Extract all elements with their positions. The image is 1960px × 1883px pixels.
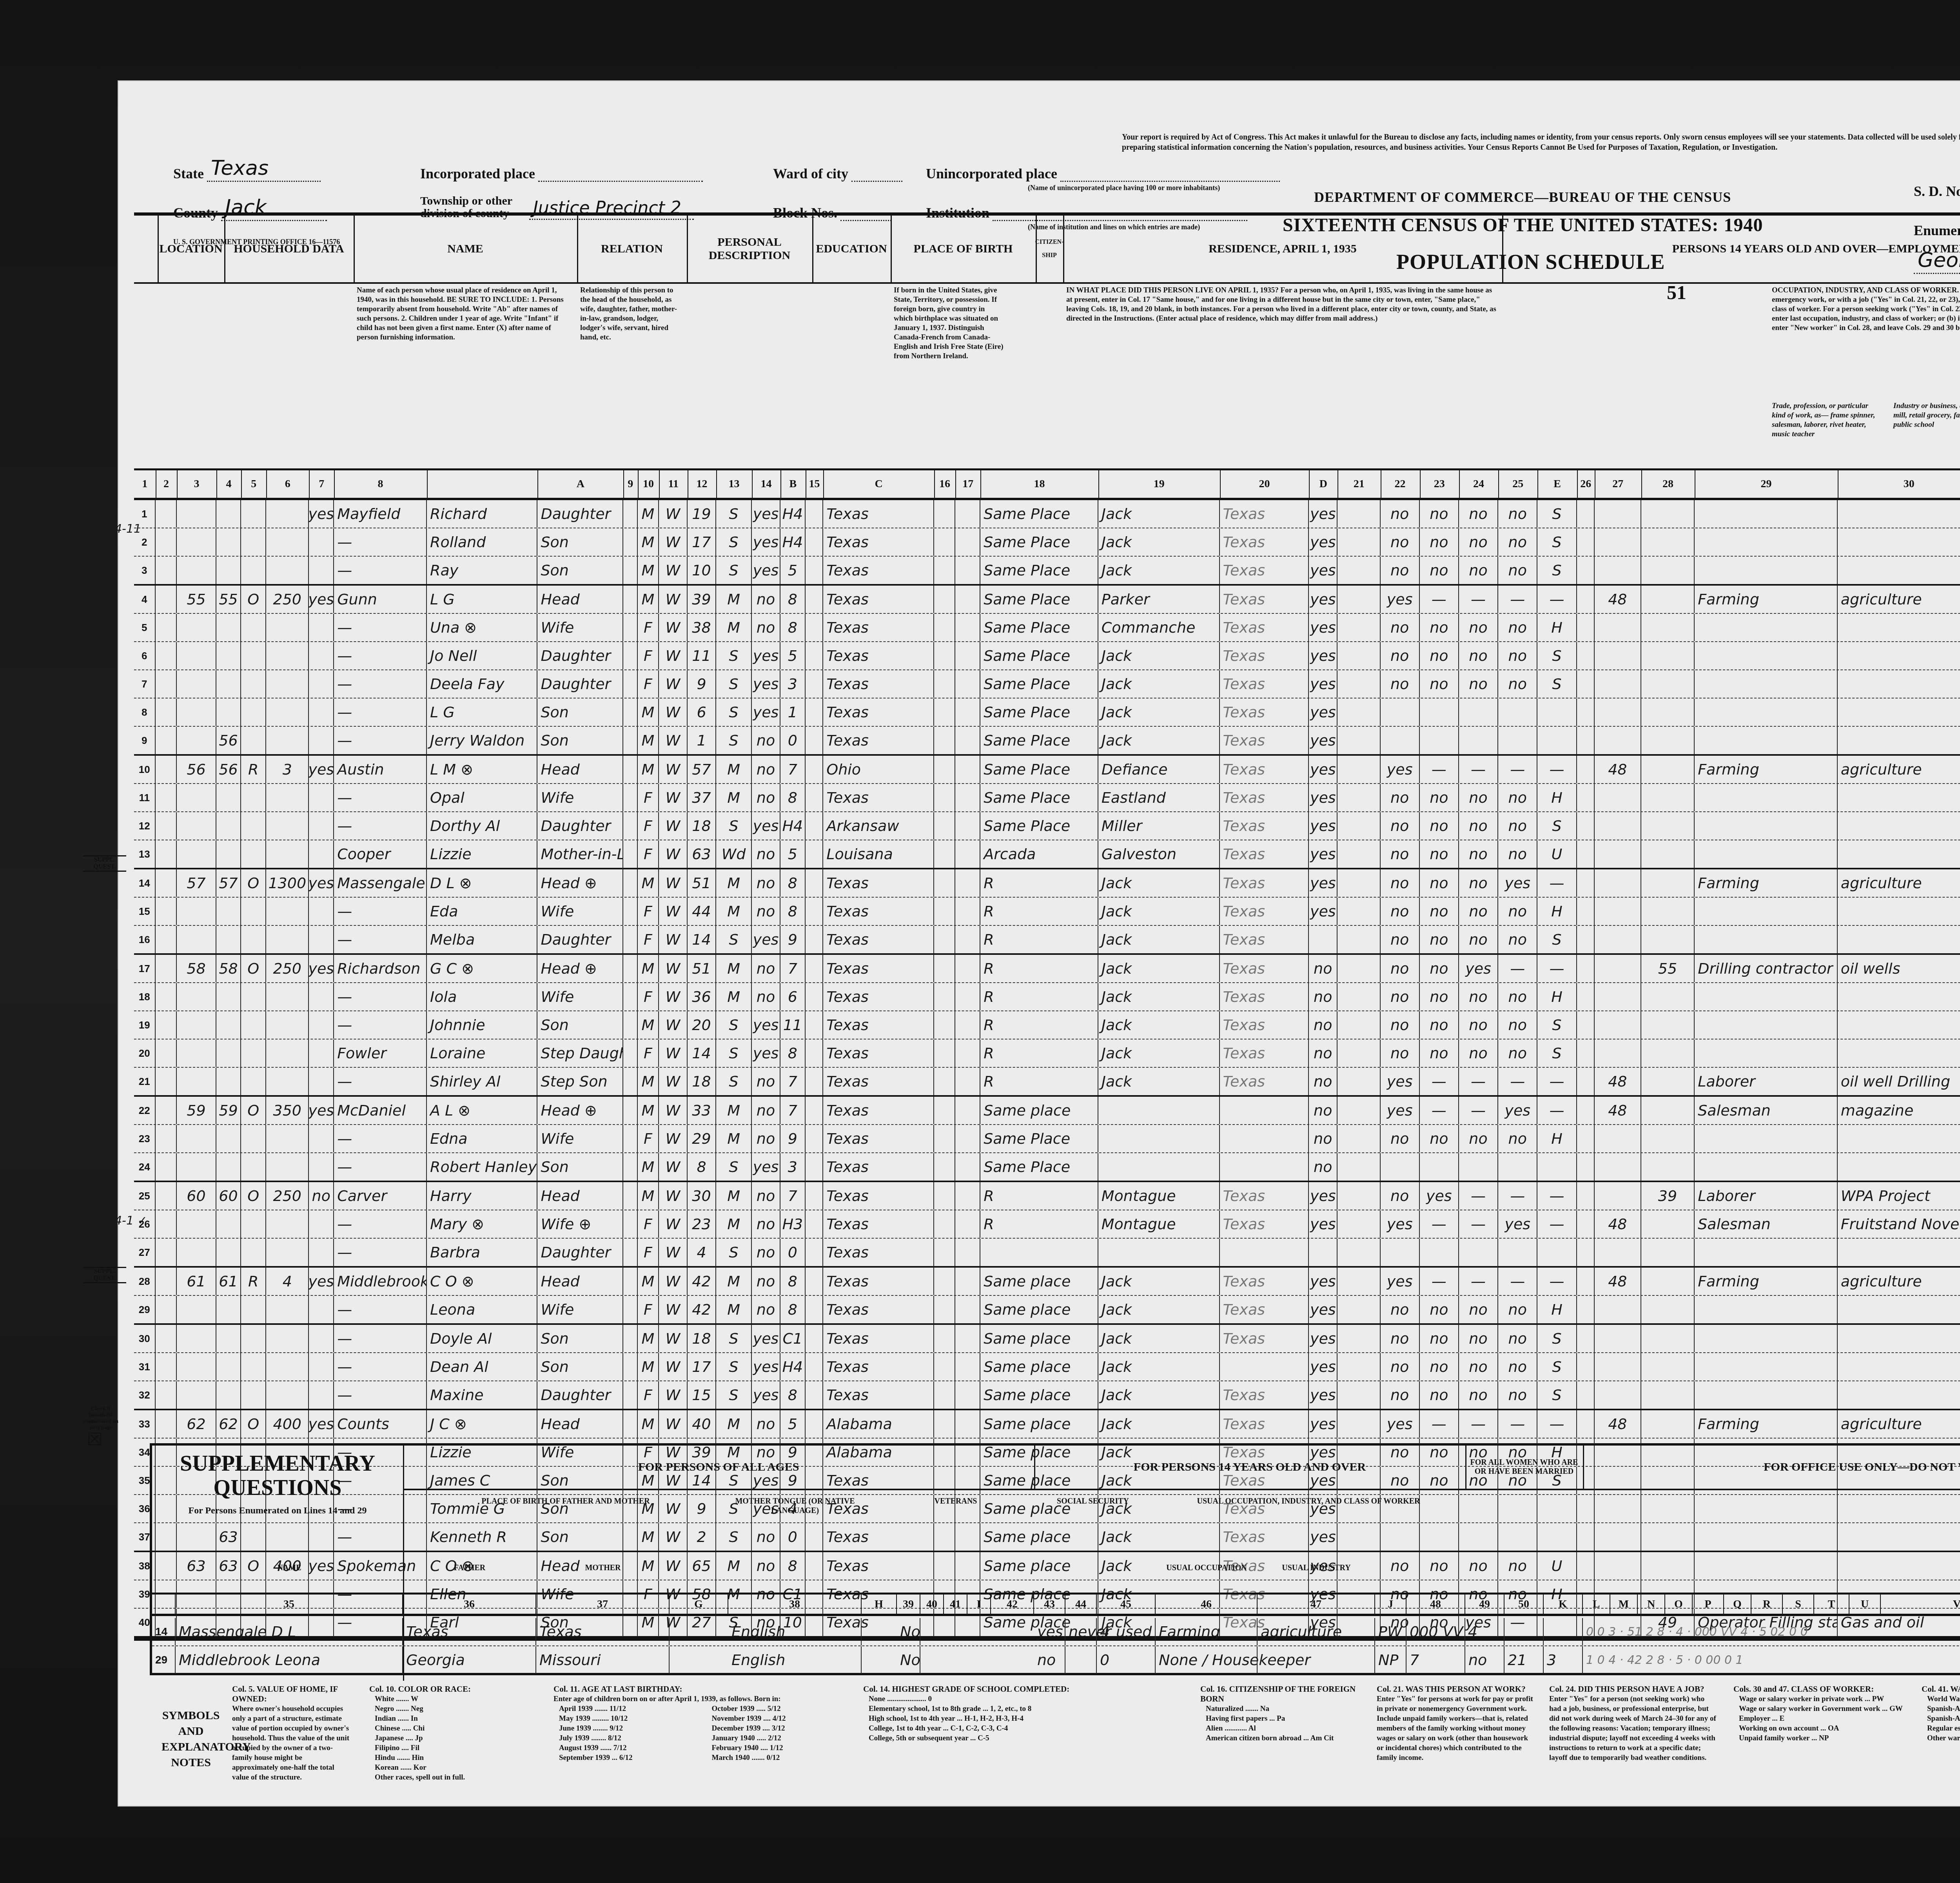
cell-birthplace[interactable]: Texas xyxy=(823,1011,934,1039)
cell-hours[interactable] xyxy=(1595,727,1641,754)
cell-own[interactable]: O xyxy=(241,1410,266,1438)
cell-has-job[interactable]: no xyxy=(1498,1381,1537,1409)
cell-school[interactable]: yes xyxy=(752,1153,780,1181)
cell-school[interactable]: yes xyxy=(752,812,780,840)
cell-dwelling[interactable] xyxy=(177,1210,216,1238)
cell-res-city[interactable]: R xyxy=(980,1068,1098,1095)
cell-own[interactable] xyxy=(241,670,266,698)
cell-surname[interactable]: — xyxy=(334,1011,427,1039)
cell-weeks-unemp[interactable] xyxy=(1641,1353,1695,1381)
cell-surname[interactable]: — xyxy=(334,1296,427,1323)
cell-industry[interactable] xyxy=(1838,1039,1960,1067)
cell-at-work[interactable]: no xyxy=(1381,670,1420,698)
cell-codeE[interactable] xyxy=(1577,1268,1595,1295)
cell-birthplace[interactable]: Ohio xyxy=(823,756,934,783)
cell-at-work[interactable]: no xyxy=(1381,840,1420,868)
cell-industry[interactable] xyxy=(1838,1381,1960,1409)
cell-relation[interactable]: Daughter xyxy=(537,642,623,669)
cell-hours[interactable] xyxy=(1595,1153,1641,1181)
cell-hours[interactable] xyxy=(1595,698,1641,726)
cell-street[interactable] xyxy=(156,1296,177,1323)
supp-cell-married-more[interactable] xyxy=(1465,1618,1504,1645)
cell-birthplace[interactable]: Texas xyxy=(823,557,934,584)
cell-dwelling[interactable] xyxy=(177,1153,216,1181)
cell-occupation[interactable] xyxy=(1695,898,1837,925)
cell-marital[interactable]: M xyxy=(716,1268,752,1295)
cell-hours[interactable]: 48 xyxy=(1595,1210,1641,1238)
cell-age[interactable]: 42 xyxy=(688,1296,716,1323)
cell-emerg[interactable]: no xyxy=(1420,1125,1459,1152)
cell-farm[interactable] xyxy=(309,812,334,840)
cell-res-state[interactable]: Texas xyxy=(1220,812,1309,840)
cell-res-farm[interactable]: yes xyxy=(1309,1410,1338,1438)
cell-street[interactable] xyxy=(156,1153,177,1181)
cell-codeE[interactable] xyxy=(1577,1239,1595,1266)
cell-grade[interactable]: 8 xyxy=(780,586,806,613)
cell-res-state[interactable]: Texas xyxy=(1220,1210,1309,1238)
cell-weeks-unemp[interactable] xyxy=(1641,1296,1695,1323)
cell-race[interactable]: W xyxy=(659,1410,688,1438)
cell-value[interactable] xyxy=(266,642,309,669)
cell-given[interactable]: Leona xyxy=(427,1296,537,1323)
cell-surname[interactable]: Carver xyxy=(334,1182,427,1210)
cell-birthplace[interactable]: Texas xyxy=(823,1097,934,1124)
cell-codeB[interactable] xyxy=(806,586,824,613)
cell-has-job[interactable]: no xyxy=(1498,898,1537,925)
cell-res-farm[interactable]: yes xyxy=(1309,1182,1338,1210)
cell-has-job[interactable]: no xyxy=(1498,812,1537,840)
cell-family[interactable] xyxy=(216,500,241,528)
cell-birthplace[interactable]: Texas xyxy=(823,500,934,528)
cell-surname[interactable]: — xyxy=(334,898,427,925)
cell-codeC[interactable] xyxy=(934,1353,956,1381)
cell-grade[interactable]: 5 xyxy=(780,1410,806,1438)
cell-birthplace[interactable]: Texas xyxy=(823,1210,934,1238)
cell-own[interactable]: O xyxy=(241,586,266,613)
cell-res-farm[interactable]: yes xyxy=(1309,812,1338,840)
cell-occupation[interactable] xyxy=(1695,926,1837,953)
cell-age[interactable]: 18 xyxy=(688,1068,716,1095)
cell-school[interactable]: yes xyxy=(752,500,780,528)
cell-sex[interactable]: F xyxy=(638,1210,659,1238)
cell-res-county[interactable]: Jack xyxy=(1098,955,1220,982)
cell-codeC[interactable] xyxy=(934,1239,956,1266)
cell-at-work[interactable] xyxy=(1381,1239,1420,1266)
cell-res-county[interactable]: Jack xyxy=(1098,1268,1220,1295)
cell-race[interactable]: W xyxy=(659,727,688,754)
cell-street[interactable] xyxy=(156,898,177,925)
cell-marital[interactable]: M xyxy=(716,586,752,613)
cell-codeB[interactable] xyxy=(806,1296,824,1323)
cell-has-job[interactable]: no xyxy=(1498,840,1537,868)
cell-has-job[interactable] xyxy=(1498,727,1537,754)
cell-street[interactable] xyxy=(156,955,177,982)
cell-has-job[interactable]: no xyxy=(1498,1125,1537,1152)
cell-activity[interactable]: H xyxy=(1537,1125,1577,1152)
cell-res-county[interactable]: Commanche xyxy=(1098,614,1220,641)
cell-surname[interactable]: — xyxy=(334,528,427,556)
cell-marital[interactable]: M xyxy=(716,1210,752,1238)
cell-farm[interactable] xyxy=(309,1239,334,1266)
cell-own[interactable] xyxy=(241,1325,266,1352)
cell-at-work[interactable]: no xyxy=(1381,557,1420,584)
cell-street[interactable] xyxy=(156,1381,177,1409)
cell-codeC[interactable] xyxy=(934,698,956,726)
cell-grade[interactable]: 1 xyxy=(780,698,806,726)
cell-birthplace[interactable]: Texas xyxy=(823,1153,934,1181)
cell-occupation[interactable]: Farming xyxy=(1695,756,1837,783)
cell-value[interactable] xyxy=(266,1153,309,1181)
cell-dwelling[interactable] xyxy=(177,1068,216,1095)
cell-farm[interactable] xyxy=(309,670,334,698)
cell-codeC[interactable] xyxy=(934,983,956,1010)
supp-cell-code[interactable]: 7 xyxy=(1406,1646,1465,1674)
cell-value[interactable] xyxy=(266,784,309,811)
cell-emerg[interactable]: — xyxy=(1420,1268,1459,1295)
cell-age[interactable]: 63 xyxy=(688,840,716,868)
cell-street[interactable] xyxy=(156,756,177,783)
cell-sex[interactable]: M xyxy=(638,557,659,584)
cell-seeking[interactable] xyxy=(1459,1153,1498,1181)
cell-emerg[interactable]: no xyxy=(1420,670,1459,698)
cell-seeking[interactable]: no xyxy=(1459,614,1498,641)
cell-activity[interactable]: S xyxy=(1537,812,1577,840)
cell-dwelling[interactable]: 55 xyxy=(177,586,216,613)
cell-own[interactable] xyxy=(241,898,266,925)
cell-res-city[interactable]: R xyxy=(980,955,1098,982)
cell-surname[interactable]: — xyxy=(334,642,427,669)
cell-farm[interactable] xyxy=(309,840,334,868)
cell-surname[interactable]: Counts xyxy=(334,1410,427,1438)
cell-street[interactable] xyxy=(156,1210,177,1238)
cell-relation[interactable]: Head ⊕ xyxy=(537,869,623,897)
cell-industry[interactable]: agriculture xyxy=(1838,1268,1960,1295)
cell-codeD[interactable] xyxy=(1338,1097,1380,1124)
cell-codeB[interactable] xyxy=(806,1381,824,1409)
cell-marital[interactable]: M xyxy=(716,898,752,925)
cell-emerg[interactable]: no xyxy=(1420,983,1459,1010)
cell-codeD[interactable] xyxy=(1338,1011,1380,1039)
cell-occupation[interactable] xyxy=(1695,1239,1837,1266)
cell-emerg[interactable]: — xyxy=(1420,1068,1459,1095)
cell-own[interactable] xyxy=(241,642,266,669)
cell-industry[interactable]: agriculture xyxy=(1838,756,1960,783)
cell-birthplace[interactable]: Texas xyxy=(823,727,934,754)
supp-cell-tongue[interactable]: English xyxy=(728,1618,862,1645)
cell-hours[interactable] xyxy=(1595,642,1641,669)
cell-res-farm[interactable]: yes xyxy=(1309,642,1338,669)
cell-own[interactable]: O xyxy=(241,869,266,897)
cell-cit[interactable] xyxy=(955,1153,980,1181)
cell-street[interactable] xyxy=(156,528,177,556)
cell-given[interactable]: Iola xyxy=(427,983,537,1010)
cell-industry[interactable] xyxy=(1838,812,1960,840)
cell-dwelling[interactable] xyxy=(177,1039,216,1067)
cell-hours[interactable] xyxy=(1595,784,1641,811)
cell-codeA[interactable] xyxy=(623,1039,637,1067)
cell-res-state[interactable]: Texas xyxy=(1220,983,1309,1010)
cell-farm[interactable] xyxy=(309,1210,334,1238)
cell-cit[interactable] xyxy=(955,1068,980,1095)
cell-age[interactable]: 36 xyxy=(688,983,716,1010)
cell-farm[interactable] xyxy=(309,1011,334,1039)
cell-sex[interactable]: F xyxy=(638,1381,659,1409)
cell-codeD[interactable] xyxy=(1338,698,1380,726)
cell-emerg[interactable]: — xyxy=(1420,1210,1459,1238)
cell-codeC[interactable] xyxy=(934,756,956,783)
cell-res-state[interactable] xyxy=(1220,1125,1309,1152)
cell-sex[interactable]: M xyxy=(638,500,659,528)
cell-given[interactable]: Robert Hanley xyxy=(427,1153,537,1181)
cell-grade[interactable]: 8 xyxy=(780,869,806,897)
cell-has-job[interactable]: no xyxy=(1498,1353,1537,1381)
cell-farm[interactable] xyxy=(309,727,334,754)
cell-seeking[interactable]: no xyxy=(1459,898,1498,925)
cell-activity[interactable]: S xyxy=(1537,557,1577,584)
cell-activity[interactable]: H xyxy=(1537,983,1577,1010)
cell-has-job[interactable]: — xyxy=(1498,1410,1537,1438)
cell-at-work[interactable] xyxy=(1381,1153,1420,1181)
cell-activity[interactable]: S xyxy=(1537,642,1577,669)
cell-marital[interactable]: S xyxy=(716,727,752,754)
cell-given[interactable]: Ray xyxy=(427,557,537,584)
cell-codeA[interactable] xyxy=(623,1097,637,1124)
cell-cit[interactable] xyxy=(955,784,980,811)
cell-at-work[interactable]: no xyxy=(1381,1353,1420,1381)
cell-street[interactable] xyxy=(156,926,177,953)
cell-farm[interactable] xyxy=(309,642,334,669)
cell-sex[interactable]: F xyxy=(638,898,659,925)
cell-codeE[interactable] xyxy=(1577,1296,1595,1323)
cell-marital[interactable]: S xyxy=(716,698,752,726)
cell-family[interactable]: 56 xyxy=(216,756,241,783)
cell-at-work[interactable]: yes xyxy=(1381,1410,1420,1438)
cell-sex[interactable]: F xyxy=(638,1296,659,1323)
supp-cell-children[interactable] xyxy=(1544,1618,1583,1645)
cell-res-state[interactable]: Texas xyxy=(1220,727,1309,754)
cell-weeks-unemp[interactable] xyxy=(1641,840,1695,868)
cell-surname[interactable]: — xyxy=(334,1325,427,1352)
cell-value[interactable]: 3 xyxy=(266,756,309,783)
cell-age[interactable]: 18 xyxy=(688,812,716,840)
cell-res-farm[interactable]: yes xyxy=(1309,670,1338,698)
cell-race[interactable]: W xyxy=(659,898,688,925)
cell-seeking[interactable]: no xyxy=(1459,557,1498,584)
cell-codeD[interactable] xyxy=(1338,528,1380,556)
cell-weeks-unemp[interactable] xyxy=(1641,727,1695,754)
cell-industry[interactable] xyxy=(1838,614,1960,641)
cell-race[interactable]: W xyxy=(659,812,688,840)
cell-activity[interactable]: S xyxy=(1537,1353,1577,1381)
cell-given[interactable]: L G xyxy=(427,698,537,726)
cell-family[interactable] xyxy=(216,926,241,953)
cell-codeA[interactable] xyxy=(623,1182,637,1210)
cell-seeking[interactable]: no xyxy=(1459,840,1498,868)
cell-hours[interactable] xyxy=(1595,528,1641,556)
cell-industry[interactable] xyxy=(1838,898,1960,925)
cell-sex[interactable]: F xyxy=(638,642,659,669)
cell-race[interactable]: W xyxy=(659,1239,688,1266)
cell-res-county[interactable]: Galveston xyxy=(1098,840,1220,868)
cell-weeks-unemp[interactable] xyxy=(1641,528,1695,556)
cell-sex[interactable]: M xyxy=(638,1011,659,1039)
cell-value[interactable] xyxy=(266,1068,309,1095)
cell-at-work[interactable]: no xyxy=(1381,869,1420,897)
cell-given[interactable]: Jerry Waldon xyxy=(427,727,537,754)
cell-seeking[interactable]: — xyxy=(1459,1068,1498,1095)
cell-value[interactable]: 4 xyxy=(266,1268,309,1295)
cell-activity[interactable]: — xyxy=(1537,869,1577,897)
cell-farm[interactable]: yes xyxy=(309,869,334,897)
cell-dwelling[interactable] xyxy=(177,528,216,556)
cell-codeB[interactable] xyxy=(806,727,824,754)
cell-cit[interactable] xyxy=(955,1353,980,1381)
cell-cit[interactable] xyxy=(955,756,980,783)
cell-relation[interactable]: Wife xyxy=(537,983,623,1010)
cell-school[interactable]: yes xyxy=(752,1011,780,1039)
cell-relation[interactable]: Head xyxy=(537,1410,623,1438)
cell-value[interactable] xyxy=(266,727,309,754)
cell-res-city[interactable]: Same Place xyxy=(980,642,1098,669)
cell-marital[interactable]: S xyxy=(716,1353,752,1381)
cell-res-state[interactable]: Texas xyxy=(1220,670,1309,698)
cell-farm[interactable]: no xyxy=(309,1182,334,1210)
cell-occupation[interactable] xyxy=(1695,670,1837,698)
cell-res-city[interactable]: Same place xyxy=(980,1325,1098,1352)
cell-codeB[interactable] xyxy=(806,500,824,528)
cell-own[interactable] xyxy=(241,1153,266,1181)
cell-grade[interactable]: 11 xyxy=(780,1011,806,1039)
cell-cit[interactable] xyxy=(955,1039,980,1067)
cell-family[interactable] xyxy=(216,1353,241,1381)
cell-grade[interactable]: 7 xyxy=(780,1097,806,1124)
cell-sex[interactable]: M xyxy=(638,1068,659,1095)
cell-grade[interactable]: H4 xyxy=(780,500,806,528)
cell-res-state[interactable]: Texas xyxy=(1220,586,1309,613)
cell-dwelling[interactable] xyxy=(177,812,216,840)
cell-relation[interactable]: Daughter xyxy=(537,670,623,698)
cell-codeE[interactable] xyxy=(1577,1353,1595,1381)
cell-at-work[interactable]: no xyxy=(1381,812,1420,840)
cell-emerg[interactable]: no xyxy=(1420,642,1459,669)
cell-hours[interactable] xyxy=(1595,1125,1641,1152)
cell-emerg[interactable]: no xyxy=(1420,955,1459,982)
cell-res-county[interactable] xyxy=(1098,1125,1220,1152)
cell-street[interactable] xyxy=(156,1097,177,1124)
cell-at-work[interactable]: no xyxy=(1381,500,1420,528)
cell-has-job[interactable]: — xyxy=(1498,756,1537,783)
cell-res-state[interactable]: Texas xyxy=(1220,1011,1309,1039)
cell-emerg[interactable]: no xyxy=(1420,869,1459,897)
cell-codeC[interactable] xyxy=(934,784,956,811)
cell-sex[interactable]: F xyxy=(638,812,659,840)
cell-farm[interactable] xyxy=(309,1296,334,1323)
cell-at-work[interactable]: no xyxy=(1381,1125,1420,1152)
cell-hours[interactable] xyxy=(1595,955,1641,982)
cell-value[interactable]: 350 xyxy=(266,1097,309,1124)
cell-grade[interactable]: 0 xyxy=(780,1239,806,1266)
cell-res-state[interactable]: Texas xyxy=(1220,1182,1309,1210)
cell-res-county[interactable]: Montague xyxy=(1098,1182,1220,1210)
cell-age[interactable]: 40 xyxy=(688,1410,716,1438)
cell-res-city[interactable]: Same Place xyxy=(980,727,1098,754)
state-field[interactable]: State Texas xyxy=(173,163,321,182)
cell-res-county[interactable]: Jack xyxy=(1098,642,1220,669)
cell-res-farm[interactable]: yes xyxy=(1309,756,1338,783)
cell-family[interactable]: 61 xyxy=(216,1268,241,1295)
cell-cit[interactable] xyxy=(955,1239,980,1266)
cell-value[interactable] xyxy=(266,1239,309,1266)
cell-res-farm[interactable]: no xyxy=(1309,1039,1338,1067)
cell-own[interactable] xyxy=(241,500,266,528)
cell-surname[interactable]: — xyxy=(334,1153,427,1181)
cell-occupation[interactable] xyxy=(1695,983,1837,1010)
cell-race[interactable]: W xyxy=(659,1296,688,1323)
cell-surname[interactable]: — xyxy=(334,557,427,584)
cell-hours[interactable] xyxy=(1595,614,1641,641)
cell-codeD[interactable] xyxy=(1338,586,1380,613)
cell-seeking[interactable]: — xyxy=(1459,1210,1498,1238)
cell-birthplace[interactable]: Texas xyxy=(823,528,934,556)
cell-emerg[interactable]: no xyxy=(1420,1353,1459,1381)
cell-at-work[interactable] xyxy=(1381,698,1420,726)
cell-res-state[interactable] xyxy=(1220,1353,1309,1381)
cell-res-county[interactable]: Jack xyxy=(1098,1011,1220,1039)
cell-has-job[interactable]: no xyxy=(1498,1039,1537,1067)
cell-own[interactable]: O xyxy=(241,1182,266,1210)
cell-at-work[interactable]: no xyxy=(1381,614,1420,641)
supp-cell-usual-code[interactable]: 4 xyxy=(1097,1618,1156,1645)
cell-value[interactable] xyxy=(266,1210,309,1238)
cell-age[interactable]: 42 xyxy=(688,1268,716,1295)
cell-cit[interactable] xyxy=(955,1381,980,1409)
cell-codeB[interactable] xyxy=(806,1011,824,1039)
cell-value[interactable] xyxy=(266,812,309,840)
cell-res-farm[interactable] xyxy=(1309,1239,1338,1266)
cell-res-farm[interactable]: yes xyxy=(1309,784,1338,811)
cell-age[interactable]: 37 xyxy=(688,784,716,811)
cell-seeking[interactable]: no xyxy=(1459,812,1498,840)
cell-given[interactable]: Melba xyxy=(427,926,537,953)
cell-codeE[interactable] xyxy=(1577,1325,1595,1352)
cell-cit[interactable] xyxy=(955,1410,980,1438)
cell-res-city[interactable]: R xyxy=(980,1039,1098,1067)
cell-value[interactable] xyxy=(266,1353,309,1381)
cell-weeks-unemp[interactable]: 39 xyxy=(1641,1182,1695,1210)
cell-industry[interactable] xyxy=(1838,727,1960,754)
cell-has-job[interactable]: yes xyxy=(1498,1097,1537,1124)
cell-res-state[interactable]: Texas xyxy=(1220,557,1309,584)
cell-codeB[interactable] xyxy=(806,1125,824,1152)
cell-occupation[interactable] xyxy=(1695,784,1837,811)
cell-res-county[interactable]: Jack xyxy=(1098,557,1220,584)
cell-given[interactable]: Una ⊗ xyxy=(427,614,537,641)
cell-at-work[interactable]: no xyxy=(1381,898,1420,925)
cell-grade[interactable]: 7 xyxy=(780,1182,806,1210)
cell-codeE[interactable] xyxy=(1577,500,1595,528)
supp-cell-usual-class[interactable]: PW xyxy=(1375,1618,1406,1645)
cell-street[interactable] xyxy=(156,1068,177,1095)
cell-birthplace[interactable]: Texas xyxy=(823,983,934,1010)
cell-marital[interactable]: S xyxy=(716,1381,752,1409)
cell-codeC[interactable] xyxy=(934,1097,956,1124)
cell-street[interactable] xyxy=(156,698,177,726)
cell-res-city[interactable]: Same place xyxy=(980,1097,1098,1124)
cell-relation[interactable]: Son xyxy=(537,1353,623,1381)
cell-codeD[interactable] xyxy=(1338,1210,1380,1238)
cell-own[interactable] xyxy=(241,727,266,754)
cell-occupation[interactable]: Laborer xyxy=(1695,1182,1837,1210)
